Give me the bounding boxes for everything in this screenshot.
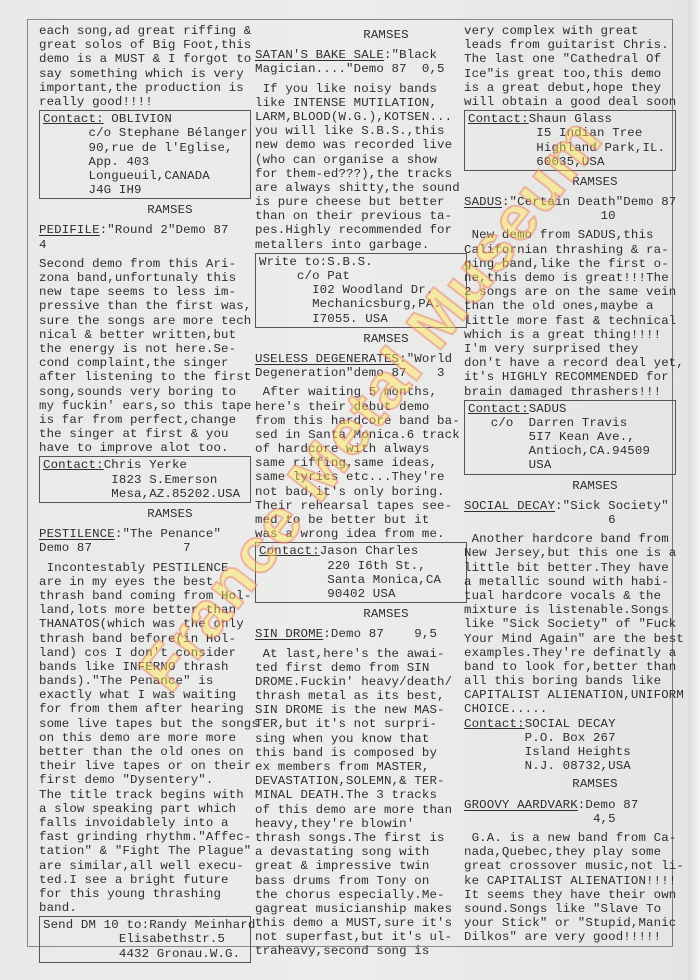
address-line: Antioch,CA.94509 xyxy=(468,444,672,458)
review-text-line: DROME.Fuckin' heavy/death/ xyxy=(255,675,467,689)
address-line: 60035,USA xyxy=(468,155,672,169)
review: SATAN'S BAKE SALE:"BlackMagician...."Dem… xyxy=(255,48,467,252)
review-text-line: is far from perfect,change xyxy=(39,413,251,427)
reviewer-signature: RAMSES xyxy=(255,332,467,346)
contact-name: Jason Charles xyxy=(320,544,419,558)
review-text-line: THANATOS(which was the only xyxy=(39,617,251,631)
review-text-line: are in my eyes the best xyxy=(39,575,251,589)
review-text-line: Their rehearsal tapes see- xyxy=(255,499,467,513)
address-line: App. 403 xyxy=(43,155,247,169)
text-line: really good!!!! xyxy=(39,95,251,109)
address-line: 90,rue de l'Eglise, xyxy=(43,141,247,155)
address-line: I823 S.Emerson xyxy=(43,473,247,487)
contact-first-line: Contact:SADUS xyxy=(468,402,672,416)
address-line: Mechanicsburg,PA. xyxy=(259,297,463,311)
review-text-line: a metallic sound with habi- xyxy=(464,575,676,589)
address-line: J4G IH9 xyxy=(43,183,247,197)
review-text-line: was a wrong idea from me. xyxy=(255,527,467,541)
review-text-line: falls invoidablely into a xyxy=(39,816,251,830)
review-text-line: mixture is listenable.Songs xyxy=(464,603,676,617)
review-text-line: zona band,unfortunaly this xyxy=(39,271,251,285)
review-score: 4 xyxy=(39,238,251,252)
review-text-line: TER,but it's not surpri- xyxy=(255,717,467,731)
address-line: I02 Woodland Dr. xyxy=(259,283,463,297)
reviewer-signature: RAMSES xyxy=(255,607,467,621)
address-line: I7055. USA xyxy=(259,312,463,326)
review-text-line: cond complaint,the singer xyxy=(39,356,251,370)
review-text-line: DEVASTATION,SOLEMN,& TER- xyxy=(255,774,467,788)
review-text-line: first demo "Dysentery". xyxy=(39,773,251,787)
address-line: N.J. 08732,USA xyxy=(464,759,676,773)
review-text-line: Incontestably PESTILENCE xyxy=(39,561,251,575)
review-score: Degeneration"demo 87 3 xyxy=(255,366,467,380)
text-line: Ice"is great too,this demo xyxy=(464,67,676,81)
review-text-line: tual hardcore vocals & the xyxy=(464,589,676,603)
review-text-line: gagreat musicianship makes xyxy=(255,902,467,916)
contact-box: Contact:Shaun Glass I5 Indian Tree Highl… xyxy=(464,110,676,171)
text-line: is a great debut,hope they xyxy=(464,81,676,95)
contact-label: Send DM 10 to: xyxy=(43,918,149,932)
review-text-line: after listening to the first xyxy=(39,370,251,384)
review-text-line: not superfast,but it's ul- xyxy=(255,930,467,944)
contact-first-line: Contact:SOCIAL DECAY xyxy=(464,717,676,731)
review-text-line: Dilkos" are very good!!!!! xyxy=(464,930,676,944)
review-text-line: little bit better.They have xyxy=(464,561,676,575)
contact-name: SOCIAL DECAY xyxy=(525,717,616,731)
band-name: SOCIAL DECAY xyxy=(464,499,555,513)
review-heading: PEDIFILE:"Round 2"Demo 87 xyxy=(39,223,251,237)
review: SADUS:"Certain Death"Demo 87 10 New demo… xyxy=(464,195,676,399)
review-text-line: thrash metal as its best, xyxy=(255,689,467,703)
review-text-line: exactly what I was waiting xyxy=(39,688,251,702)
contact-label: Contact: xyxy=(43,458,104,472)
review-text-line: song,sounds very boring to xyxy=(39,385,251,399)
contact-box: Send DM 10 to:Randy Meinhard Elisabethst… xyxy=(39,916,251,963)
review-text-line: great crossover music,not li- xyxy=(464,859,676,873)
review-text-line: thrash songs.The first is xyxy=(255,831,467,845)
band-name: SATAN'S BAKE SALE xyxy=(255,48,384,62)
review-text-line: don't have a record deal yet, xyxy=(464,356,676,370)
release-title: :Demo 87 9,5 xyxy=(323,627,437,641)
review-text-line: not bad,it's only boring. xyxy=(255,485,467,499)
review-text-line: SIN DROME is the new MAS- xyxy=(255,703,467,717)
review-heading: SATAN'S BAKE SALE:"Black xyxy=(255,48,467,62)
text-line: important,the production is xyxy=(39,81,251,95)
review-heading: PESTILENCE:"The Penance" xyxy=(39,527,251,541)
review-text-line: At last,here's the awai- xyxy=(255,647,467,661)
reviewer-signature: RAMSES xyxy=(39,203,251,217)
column-3: very complex with greatleads from guitar… xyxy=(464,24,676,944)
text-line: leads from guitarist Chris. xyxy=(464,38,676,52)
review-text-line: New Jersey,but this one is a xyxy=(464,546,676,560)
band-name: USELESS DEGENERATES xyxy=(255,352,399,366)
review-heading: GROOVY AARDVARK:Demo 87 xyxy=(464,798,676,812)
band-name: PESTILENCE xyxy=(39,527,115,541)
review-text-line: some live tapes but the songs xyxy=(39,717,251,731)
review-text-line: a slow speaking part which xyxy=(39,802,251,816)
review-text-line: Second demo from this Ari- xyxy=(39,257,251,271)
address-line: 220 I6th St., xyxy=(259,559,463,573)
review-text-line: pressive than the first was, xyxy=(39,299,251,313)
address-line: c/o Stephane Bélanger xyxy=(43,126,247,140)
reviewer-signature: RAMSES xyxy=(464,479,676,493)
column-1: each song,ad great riffing &great solos … xyxy=(39,24,251,965)
review-text-line: for from them after hearing xyxy=(39,702,251,716)
review: PEDIFILE:"Round 2"Demo 874Second demo fr… xyxy=(39,223,251,455)
contact-box: Write to:S.B.S. c/o Pat I02 Woodland Dr.… xyxy=(255,253,467,328)
review-text-line: it's HIGHLY RECOMMENDED for xyxy=(464,370,676,384)
review-text-line: sed in Santa Monica.6 track xyxy=(255,428,467,442)
text-line: The last one "Cathedral Of xyxy=(464,52,676,66)
review-text-line: like INTENSE MUTILATION, xyxy=(255,96,467,110)
review-text-line: a devastating song with xyxy=(255,845,467,859)
review-score: 4,5 xyxy=(464,812,676,826)
review-heading: USELESS DEGENERATES:"World xyxy=(255,352,467,366)
review-score: 10 xyxy=(464,209,676,223)
review-text-line: are always shitty,the sound xyxy=(255,181,467,195)
contact-label: Contact: xyxy=(259,544,320,558)
address-line: USA xyxy=(468,458,672,472)
review-text-line: (who can organise a show xyxy=(255,153,467,167)
review-text-line: of hardcore with always xyxy=(255,442,467,456)
review-text-line: CHOICE..... xyxy=(464,702,676,716)
review-text-line: the chorus especially.Me- xyxy=(255,888,467,902)
contact-first-line: Write to:S.B.S. xyxy=(259,255,463,269)
address-line: c/o Pat xyxy=(259,269,463,283)
contact-label: Contact: xyxy=(464,717,525,731)
text-line: great solos of Big Foot,this xyxy=(39,38,251,52)
release-title: :Demo 87 xyxy=(578,798,639,812)
review-text-line: traheavy,second song is xyxy=(255,944,467,958)
band-name: PEDIFILE xyxy=(39,223,100,237)
review-text-line: examples.They're definatly a xyxy=(464,646,676,660)
contact-name: Shaun Glass xyxy=(529,112,612,126)
release-title: :"The Penance" xyxy=(115,527,221,541)
contact-box: Contact:Chris Yerke I823 S.Emerson Mesa,… xyxy=(39,456,251,503)
review-text-line: all this boring bands like xyxy=(464,674,676,688)
review-text-line: than on their previous ta- xyxy=(255,209,467,223)
reviewer-signature: RAMSES xyxy=(255,28,467,42)
review-heading: SADUS:"Certain Death"Demo 87 xyxy=(464,195,676,209)
review-text-line: land) cos I don't consider xyxy=(39,646,251,660)
review-text-line: for this young thrashing xyxy=(39,887,251,901)
contact-first-line: Send DM 10 to:Randy Meinhard xyxy=(43,918,247,932)
review-text-line: new demo was recorded live xyxy=(255,138,467,152)
review-text-line: 2 songs are on the same vein xyxy=(464,285,676,299)
review: SIN DROME:Demo 87 9,5 At last,here's the… xyxy=(255,627,467,958)
review-text-line: band to look for,better than xyxy=(464,660,676,674)
review: GROOVY AARDVARK:Demo 87 4,5 G.A. is a ne… xyxy=(464,798,676,945)
review-text-line: It seems they have their own xyxy=(464,888,676,902)
review-text-line: ex members from MASTER, xyxy=(255,760,467,774)
text-line: very complex with great xyxy=(464,24,676,38)
band-name: SADUS xyxy=(464,195,502,209)
review-text-line: nada,Quebec,they play some xyxy=(464,845,676,859)
review-text-line: thrash band before(in Hol- xyxy=(39,632,251,646)
review-text-line: of this demo are more than xyxy=(255,803,467,817)
review-heading: SIN DROME:Demo 87 9,5 xyxy=(255,627,467,641)
review-text-line: like "Sick Society" of "Fuck xyxy=(464,617,676,631)
review-text-line: the energy is not here.Se- xyxy=(39,342,251,356)
address-line: Mesa,AZ.85202.USA xyxy=(43,487,247,501)
address-line: 90402 USA xyxy=(259,587,463,601)
review-text-line: heavy,they're blowin' xyxy=(255,817,467,831)
review-text-line: my fuckin' ears,so this tape xyxy=(39,399,251,413)
contact-first-line: Contact: OBLIVION xyxy=(43,112,247,126)
review-text-line: ging band,like the first o- xyxy=(464,257,676,271)
contact-name: S.B.S. xyxy=(327,255,373,269)
review-text-line: bass drums from Tony on xyxy=(255,874,467,888)
review-text-line: LARM,BLOOD(W.G.),KOTSEN... xyxy=(255,110,467,124)
review-text-line: your Stick" or "Stupid,Manic xyxy=(464,916,676,930)
review-text-line: New demo from SADUS,this xyxy=(464,228,676,242)
review-text-line: nical & better written,but xyxy=(39,328,251,342)
contact-box: Contact: OBLIVION c/o Stephane Bélanger … xyxy=(39,110,251,199)
contact-label: Contact: xyxy=(468,402,529,416)
contact-label: Write to: xyxy=(259,255,327,269)
review-text-line: here's their debut demo xyxy=(255,400,467,414)
contact-name: Randy Meinhard xyxy=(149,918,255,932)
review-text-line: bands)."The Penance" is xyxy=(39,674,251,688)
release-title: :"Round 2"Demo 87 xyxy=(100,223,229,237)
contact-box: Contact:SOCIAL DECAY P.O. Box 267 Island… xyxy=(464,717,676,774)
review-score: Demo 87 7 xyxy=(39,541,251,555)
contact-first-line: Contact:Jason Charles xyxy=(259,544,463,558)
review-text-line: sound.Songs like "Slave To xyxy=(464,902,676,916)
review-text-line: are similar,all well execu- xyxy=(39,859,251,873)
review-text-line: than the old ones,maybe a xyxy=(464,299,676,313)
contact-box: Contact:Jason Charles 220 I6th St., Sant… xyxy=(255,542,467,603)
zine-page: each song,ad great riffing &great solos … xyxy=(0,0,700,980)
column-2: RAMSESSATAN'S BAKE SALE:"BlackMagician..… xyxy=(255,24,467,959)
address-line: I5 Indian Tree xyxy=(468,126,672,140)
review-text-line: band. xyxy=(39,901,251,915)
review-text-line: same lyrics etc...They're xyxy=(255,470,467,484)
text-line: each song,ad great riffing & xyxy=(39,24,251,38)
review-text-line: fast grinding rhythm."Affec- xyxy=(39,830,251,844)
review-text-line: brain damaged thrashers!!! xyxy=(464,385,676,399)
review-text-line: great & impressive twin xyxy=(255,859,467,873)
review-text-line: ted first demo from SIN xyxy=(255,661,467,675)
address-line: P.O. Box 267 xyxy=(464,731,676,745)
review-text-line: Another hardcore band from xyxy=(464,532,676,546)
review-text-line: same riffing,same ideas, xyxy=(255,456,467,470)
review-text-line: After waiting 5 months, xyxy=(255,385,467,399)
contact-name: SADUS xyxy=(529,402,567,416)
review-text-line: which is a great thing!!!! xyxy=(464,328,676,342)
address-line: c/o Darren Travis xyxy=(468,416,672,430)
review-text-line: land,lots more better than xyxy=(39,603,251,617)
contact-name: OBLIVION xyxy=(104,112,172,126)
review-text-line: If you like noisy bands xyxy=(255,82,467,96)
review-text-line: Californian thrashing & ra- xyxy=(464,243,676,257)
review-text-line: for them-ed???),the tracks xyxy=(255,167,467,181)
address-line: Elisabethstr.5 xyxy=(43,932,247,946)
text-line: demo is a MUST & I forgot to xyxy=(39,52,251,66)
review-text-line: med to be better but it xyxy=(255,513,467,527)
address-line: Highland Park,IL. xyxy=(468,141,672,155)
review-text-line: their live tapes or on their xyxy=(39,759,251,773)
release-title: :"World xyxy=(399,352,452,366)
review-text-line: The title track begins with xyxy=(39,788,251,802)
review-text-line: thrash band coming from Hol- xyxy=(39,589,251,603)
review-text-line: ne,this demo is great!!!The xyxy=(464,271,676,285)
review-score: 6 xyxy=(464,513,676,527)
text-line: say something which is very xyxy=(39,67,251,81)
review: PESTILENCE:"The Penance"Demo 87 7 Incont… xyxy=(39,527,251,915)
review-text-line: little more fast & technical xyxy=(464,314,676,328)
review-text-line: bands like INFERNO thrash xyxy=(39,660,251,674)
review-text-line: CAPITALIST ALIENATION,UNIFORM xyxy=(464,688,676,702)
review-continuation: each song,ad great riffing &great solos … xyxy=(39,24,251,109)
address-line: Island Heights xyxy=(464,745,676,759)
review-text-line: G.A. is a new band from Ca- xyxy=(464,831,676,845)
contact-first-line: Contact:Chris Yerke xyxy=(43,458,247,472)
reviewer-signature: RAMSES xyxy=(464,175,676,189)
text-line: will obtain a good deal soon xyxy=(464,95,676,109)
address-line: Longueuil,CANADA xyxy=(43,169,247,183)
review-text-line: ke CAPITALIST ALIENATION!!!! xyxy=(464,874,676,888)
review-text-line: metallers into garbage. xyxy=(255,238,467,252)
contact-first-line: Contact:Shaun Glass xyxy=(468,112,672,126)
release-title: :"Black xyxy=(384,48,437,62)
review-text-line: on this demo are more more xyxy=(39,731,251,745)
review-text-line: better than the old ones on xyxy=(39,745,251,759)
review-score: Magician...."Demo 87 0,5 xyxy=(255,62,467,76)
review-text-line: pes.Highly recommended for xyxy=(255,223,467,237)
contact-label: Contact: xyxy=(43,112,104,126)
reviewer-signature: RAMSES xyxy=(464,777,676,791)
review-text-line: the singer at first & you xyxy=(39,427,251,441)
page-edge-shadow xyxy=(688,0,700,980)
review-text-line: have to improve alot too. xyxy=(39,441,251,455)
review-text-line: this band is composed by xyxy=(255,746,467,760)
contact-box: Contact:SADUS c/o Darren Travis 5I7 Kean… xyxy=(464,400,676,475)
review-text-line: you will like S.B.S.,this xyxy=(255,124,467,138)
release-title: :"Sick Society" xyxy=(555,499,669,513)
review-text-line: MINAL DEATH.The 3 tracks xyxy=(255,788,467,802)
contact-name: Chris Yerke xyxy=(104,458,187,472)
address-line: Santa Monica,CA xyxy=(259,573,463,587)
review-text-line: sing when you know that xyxy=(255,732,467,746)
review-text-line: Your Mind Again" are the best xyxy=(464,632,676,646)
address-line: 4432 Gronau.W.G. xyxy=(43,947,247,961)
contact-label: Contact: xyxy=(468,112,529,126)
review-text-line: from this hardcore band ba- xyxy=(255,414,467,428)
band-name: GROOVY AARDVARK xyxy=(464,798,578,812)
address-line: 5I7 Kean Ave., xyxy=(468,430,672,444)
review-heading: SOCIAL DECAY:"Sick Society" xyxy=(464,499,676,513)
review: USELESS DEGENERATES:"WorldDegeneration"d… xyxy=(255,352,467,541)
review-text-line: is pure cheese but better xyxy=(255,195,467,209)
reviewer-signature: RAMSES xyxy=(39,507,251,521)
release-title: :"Certain Death"Demo 87 xyxy=(502,195,676,209)
review-text-line: I'm very surprised they xyxy=(464,342,676,356)
review-text-line: this demo a MUST,sure it's xyxy=(255,916,467,930)
review-text-line: sure the songs are more tech xyxy=(39,314,251,328)
review: SOCIAL DECAY:"Sick Society" 6 Another ha… xyxy=(464,499,676,717)
review-text-line: new tape seems to less im- xyxy=(39,285,251,299)
review-text-line: ted.I see a bright future xyxy=(39,873,251,887)
review-text-line: tation" & "Fight The Plague" xyxy=(39,844,251,858)
band-name: SIN DROME xyxy=(255,627,323,641)
review-continuation: very complex with greatleads from guitar… xyxy=(464,24,676,109)
